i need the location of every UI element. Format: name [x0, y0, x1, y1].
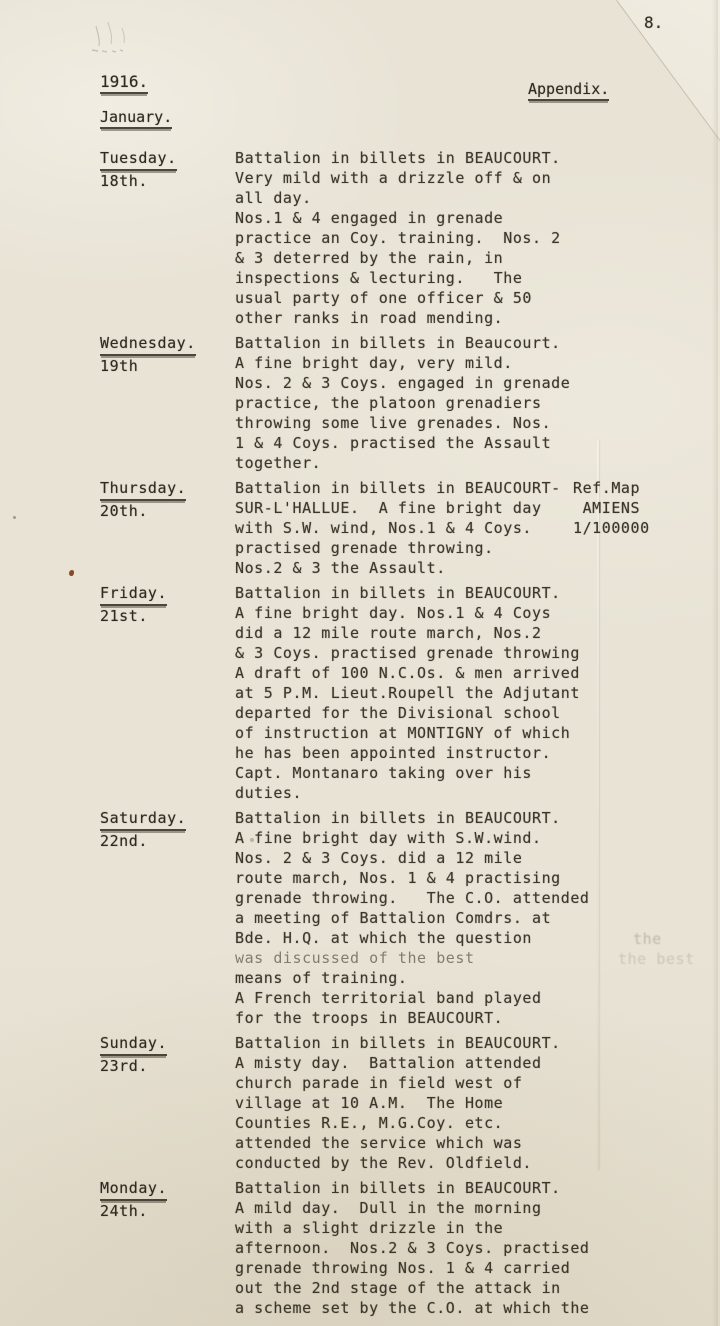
entry-date-label: 22nd.	[100, 831, 235, 851]
entry-text-line: other ranks in road mending.	[235, 308, 573, 328]
entry-body: Battalion in billets in BEAUCOURT.Very m…	[235, 148, 573, 328]
entry-text-line: Nos. 2 & 3 Coys. engaged in grenade	[235, 373, 573, 393]
entry-body: Battalion in billets in BEAUCOURT.A fine…	[235, 583, 573, 803]
entry-date-column: Thursday.20th.	[100, 478, 235, 578]
entry-text-line: attended the service which was	[235, 1133, 573, 1153]
entry-day: Monday.	[100, 1178, 235, 1201]
entry-day: Sunday.	[100, 1033, 235, 1056]
paper-speck	[69, 570, 74, 576]
entry-day: Tuesday.	[100, 148, 235, 171]
entry-text-line: route march, Nos. 1 & 4 practising	[235, 868, 573, 888]
map-reference-note: Ref.Map AMIENS1/100000	[573, 478, 693, 578]
entry-day-label: Friday.	[100, 583, 167, 606]
entry-date-column: Tuesday.18th.	[100, 148, 235, 328]
entry-text-line: A mild day. Dull in the morning	[235, 1198, 573, 1218]
entry-date-label: 21st.	[100, 606, 235, 626]
paper-corner-fold	[608, 0, 720, 152]
entry-text-line: he has been appointed instructor.	[235, 743, 573, 763]
entry-text-line: out the 2nd stage of the attack in	[235, 1278, 573, 1298]
entry-date-label: 23rd.	[100, 1056, 235, 1076]
entry-day: Wednesday.	[100, 333, 235, 356]
entry-text-line: with S.W. wind, Nos.1 & 4 Coys.	[235, 518, 573, 538]
entry-text-line: Nos. 2 & 3 Coys. did a 12 mile	[235, 848, 573, 868]
entry-text-line: Battalion in billets in BEAUCOURT.	[235, 808, 573, 828]
entry-date-column: Wednesday.19th	[100, 333, 235, 473]
entry-body: Battalion in billets in BEAUCOURT.A mild…	[235, 1178, 573, 1318]
entry-text-line: Battalion in billets in BEAUCOURT.	[235, 1178, 573, 1198]
entry-text-line: departed for the Divisional school	[235, 703, 573, 723]
map-reference-line: 1/100000	[573, 518, 693, 538]
entry-body: Battalion in billets in BEAUCOURT-SUR-L'…	[235, 478, 573, 578]
pencil-scribble	[88, 16, 172, 68]
entry-body: Battalion in billets in BEAUCOURT.A fine…	[235, 808, 573, 1028]
entry-text-line: Nos.2 & 3 the Assault.	[235, 558, 573, 578]
diary-entry: Wednesday.19thBattalion in billets in Be…	[100, 333, 710, 473]
map-reference-note	[573, 1178, 693, 1318]
entry-text-line: means of training.	[235, 968, 573, 988]
entry-text-line: church parade in field west of	[235, 1073, 573, 1093]
diary-entry: Monday.24th.Battalion in billets in BEAU…	[100, 1178, 710, 1318]
entry-text-line: A misty day. Battalion attended	[235, 1053, 573, 1073]
month-heading: January.	[100, 108, 172, 126]
map-reference-note	[573, 333, 693, 473]
paper-edge-shade	[712, 0, 718, 1326]
map-reference-note	[573, 808, 693, 1028]
entry-text-line: village at 10 A.M. The Home	[235, 1093, 573, 1113]
diary-entry: Tuesday.18th.Battalion in billets in BEA…	[100, 148, 710, 328]
entry-text-line: duties.	[235, 783, 573, 803]
entry-text-line: inspections & lecturing. The	[235, 268, 573, 288]
ghost-text: the best	[618, 949, 695, 969]
entry-date-label: 20th.	[100, 501, 235, 521]
entry-text-line: grenade throwing Nos. 1 & 4 carried	[235, 1258, 573, 1278]
entry-text-line: a meeting of Battalion Comdrs. at	[235, 908, 573, 928]
entry-date-column: Saturday.22nd.	[100, 808, 235, 1028]
diary-entry: Friday.21st.Battalion in billets in BEAU…	[100, 583, 710, 803]
entry-date-label: 19th	[100, 356, 235, 376]
map-reference-note	[573, 583, 693, 803]
entry-text-line: a scheme set by the C.O. at which the	[235, 1298, 573, 1318]
entry-text-line: for the troops in BEAUCOURT.	[235, 1008, 573, 1028]
entry-text-line: grenade throwing. The C.O. attended	[235, 888, 573, 908]
map-reference-line: AMIENS	[573, 498, 693, 518]
entry-day: Saturday.	[100, 808, 235, 831]
entry-text-line: together.	[235, 453, 573, 473]
entry-text-line: A French territorial band played	[235, 988, 573, 1008]
year-heading: 1916.	[100, 72, 148, 91]
entry-text-line: was discussed of the bestthe best	[235, 948, 573, 968]
map-reference-note	[573, 148, 693, 328]
diary-entry: Saturday.22nd.Battalion in billets in BE…	[100, 808, 710, 1028]
entry-text-line: & 3 Coys. practised grenade throwing	[235, 643, 573, 663]
entry-text-line: SUR-L'HALLUE. A fine bright day	[235, 498, 573, 518]
entry-text-line: Battalion in billets in BEAUCOURT-	[235, 478, 573, 498]
entry-text-line: all day.	[235, 188, 573, 208]
entry-text-line: of instruction at MONTIGNY of which	[235, 723, 573, 743]
entry-date-label: 24th.	[100, 1201, 235, 1221]
entry-day: Friday.	[100, 583, 235, 606]
map-reference-line: Ref.Map	[573, 478, 693, 498]
entry-date-column: Friday.21st.	[100, 583, 235, 803]
entry-text-line: practice, the platoon grenadiers	[235, 393, 573, 413]
entry-text-line: conducted by the Rev. Oldfield.	[235, 1153, 573, 1173]
ghost-text: the	[633, 929, 662, 949]
entry-text-line: A fine bright day, very mild.	[235, 353, 573, 373]
entry-day-label: Sunday.	[100, 1033, 167, 1056]
entry-text-line: at 5 P.M. Lieut.Roupell the Adjutant	[235, 683, 573, 703]
entry-text-line: Counties R.E., M.G.Coy. etc.	[235, 1113, 573, 1133]
entry-day-label: Thursday.	[100, 478, 186, 501]
entry-text-line: throwing some live grenades. Nos.	[235, 413, 573, 433]
entry-text-line: afternoon. Nos.2 & 3 Coys. practised	[235, 1238, 573, 1258]
entry-day-label: Wednesday.	[100, 333, 196, 356]
paper-speck	[13, 516, 16, 519]
entry-text-line: Nos.1 & 4 engaged in grenade	[235, 208, 573, 228]
entry-date-label: 18th.	[100, 171, 235, 191]
diary-entry: Thursday.20th.Battalion in billets in BE…	[100, 478, 710, 578]
entry-text-line: with a slight drizzle in the	[235, 1218, 573, 1238]
entry-text-line: Battalion in billets in BEAUCOURT.	[235, 148, 573, 168]
entry-text-line: usual party of one officer & 50	[235, 288, 573, 308]
entry-text-line: A fine bright day with S.W.wind.	[235, 828, 573, 848]
map-reference-note	[573, 1033, 693, 1173]
entry-text-line: Very mild with a drizzle off & on	[235, 168, 573, 188]
appendix-heading: Appendix.	[528, 80, 609, 98]
entry-day-label: Tuesday.	[100, 148, 177, 171]
entry-text-line: Battalion in billets in BEAUCOURT.	[235, 1033, 573, 1053]
entry-text-line: 1 & 4 Coys. practised the Assault	[235, 433, 573, 453]
entry-text-line: Capt. Montanaro taking over his	[235, 763, 573, 783]
entry-date-column: Sunday.23rd.	[100, 1033, 235, 1173]
diary-entries: Tuesday.18th.Battalion in billets in BEA…	[100, 148, 710, 1323]
entry-body: Battalion in billets in BEAUCOURT.A mist…	[235, 1033, 573, 1173]
entry-text-line: practised grenade throwing.	[235, 538, 573, 558]
entry-text-line: A draft of 100 N.C.Os. & men arrived	[235, 663, 573, 683]
entry-text-line: Battalion in billets in Beaucourt.	[235, 333, 573, 353]
entry-text-line: practice an Coy. training. Nos. 2	[235, 228, 573, 248]
entry-text-line: Battalion in billets in BEAUCOURT.	[235, 583, 573, 603]
page-number: 8.	[644, 13, 663, 32]
entry-day-label: Saturday.	[100, 808, 186, 831]
entry-text-line: A fine bright day. Nos.1 & 4 Coys	[235, 603, 573, 623]
entry-day: Thursday.	[100, 478, 235, 501]
diary-entry: Sunday.23rd.Battalion in billets in BEAU…	[100, 1033, 710, 1173]
entry-text-line: Bde. H.Q. at which the questionthe	[235, 928, 573, 948]
scanned-diary-page: 8. 1916. Appendix. January. Tuesday.18th…	[0, 0, 720, 1326]
entry-date-column: Monday.24th.	[100, 1178, 235, 1318]
entry-body: Battalion in billets in Beaucourt.A fine…	[235, 333, 573, 473]
entry-text-line: & 3 deterred by the rain, in	[235, 248, 573, 268]
entry-text-line: did a 12 mile route march, Nos.2	[235, 623, 573, 643]
entry-day-label: Monday.	[100, 1178, 167, 1201]
